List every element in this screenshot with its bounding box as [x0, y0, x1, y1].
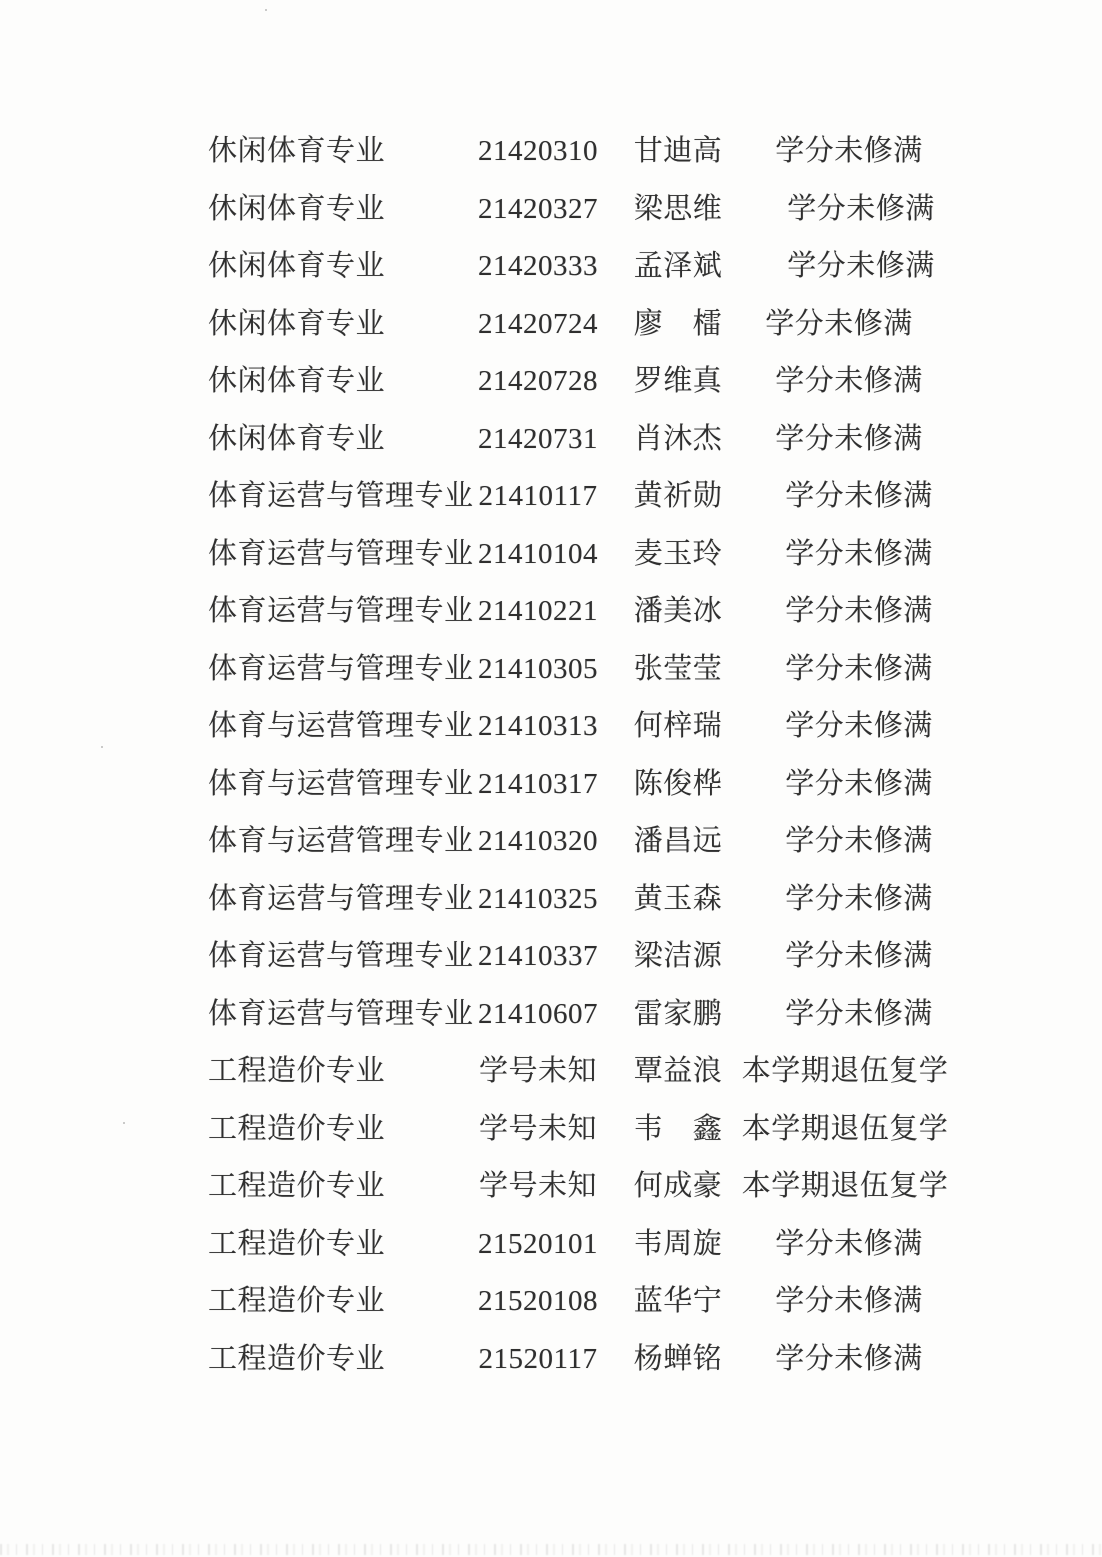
- status-cell: 学分未修满: [748, 597, 970, 626]
- student-row: 体育与运营管理专业 21410313 何梓瑞 学分未修满: [208, 698, 960, 756]
- status-cell: 本学期退伍复学: [734, 1115, 956, 1144]
- major-cell: 工程造价专业: [208, 1345, 458, 1374]
- student-id-cell: 21420724: [458, 310, 618, 339]
- document-page: 休闲体育专业 21420310 甘迪高 学分未修满 休闲体育专业 2142032…: [0, 0, 1102, 1557]
- student-row: 休闲体育专业 21420728 罗维真 学分未修满: [208, 353, 960, 411]
- student-id-cell: 21420310: [458, 137, 618, 166]
- student-row: 休闲体育专业 21420310 甘迪高 学分未修满: [208, 123, 960, 181]
- student-id-cell: 学号未知: [458, 1115, 618, 1144]
- major-cell: 工程造价专业: [208, 1287, 458, 1316]
- student-id-cell: 21420731: [458, 425, 618, 454]
- major-cell: 工程造价专业: [208, 1057, 458, 1086]
- student-id-cell: 21420333: [458, 252, 618, 281]
- name-cell: 潘美冰: [618, 597, 738, 626]
- student-row: 体育运营与管理专业 21410607 雷家鹏 学分未修满: [208, 986, 960, 1044]
- status-cell: 学分未修满: [748, 712, 970, 741]
- major-cell: 体育运营与管理专业: [208, 540, 458, 569]
- student-id-cell: 21420728: [458, 367, 618, 396]
- major-cell: 工程造价专业: [208, 1115, 458, 1144]
- status-cell: 学分未修满: [728, 310, 950, 339]
- major-cell: 体育与运营管理专业: [208, 770, 458, 799]
- major-cell: 休闲体育专业: [208, 425, 458, 454]
- status-cell: 学分未修满: [738, 367, 960, 396]
- name-cell: 罗维真: [618, 367, 738, 396]
- student-id-cell: 21410317: [458, 770, 618, 799]
- scan-speck: [123, 1122, 125, 1124]
- major-cell: 体育运营与管理专业: [208, 942, 458, 971]
- name-cell: 覃益浪: [618, 1057, 738, 1086]
- major-cell: 休闲体育专业: [208, 252, 458, 281]
- status-cell: 学分未修满: [750, 252, 972, 281]
- status-cell: 学分未修满: [748, 827, 970, 856]
- major-cell: 休闲体育专业: [208, 195, 458, 224]
- major-cell: 体育运营与管理专业: [208, 1000, 458, 1029]
- student-id-cell: 21410313: [458, 712, 618, 741]
- major-cell: 体育与运营管理专业: [208, 827, 458, 856]
- scan-speck: [225, 837, 228, 839]
- status-cell: 学分未修满: [748, 885, 970, 914]
- major-cell: 体育运营与管理专业: [208, 482, 458, 511]
- name-cell: 杨蝉铭: [618, 1345, 738, 1374]
- status-cell: 学分未修满: [750, 195, 972, 224]
- student-row: 体育运营与管理专业 21410325 黄玉森 学分未修满: [208, 871, 960, 929]
- student-row: 工程造价专业 学号未知 覃益浪 本学期退伍复学: [208, 1043, 960, 1101]
- student-row: 体育运营与管理专业 21410337 梁洁源 学分未修满: [208, 928, 960, 986]
- name-cell: 梁思维: [618, 195, 738, 224]
- student-id-cell: 21410305: [458, 655, 618, 684]
- student-row: 休闲体育专业 21420327 梁思维 学分未修满: [208, 181, 960, 239]
- student-id-cell: 21410221: [458, 597, 618, 626]
- status-cell: 学分未修满: [748, 942, 970, 971]
- major-cell: 体育运营与管理专业: [208, 655, 458, 684]
- name-cell: 何成豪: [618, 1172, 738, 1201]
- name-cell: 何梓瑞: [618, 712, 738, 741]
- name-cell: 陈俊桦: [618, 770, 738, 799]
- student-row: 体育运营与管理专业 21410221 潘美冰 学分未修满: [208, 583, 960, 641]
- status-cell: 本学期退伍复学: [734, 1057, 956, 1086]
- name-cell: 雷家鹏: [618, 1000, 738, 1029]
- major-cell: 休闲体育专业: [208, 137, 458, 166]
- name-cell: 韦周旋: [618, 1230, 738, 1259]
- name-cell: 韦 鑫: [618, 1115, 738, 1144]
- major-cell: 体育运营与管理专业: [208, 597, 458, 626]
- status-cell: 学分未修满: [738, 1230, 960, 1259]
- student-id-cell: 21520101: [458, 1230, 618, 1259]
- major-cell: 休闲体育专业: [208, 310, 458, 339]
- status-cell: 学分未修满: [748, 655, 970, 684]
- student-row: 体育运营与管理专业 21410104 麦玉玲 学分未修满: [208, 526, 960, 584]
- major-cell: 体育与运营管理专业: [208, 712, 458, 741]
- student-id-cell: 21410104: [458, 540, 618, 569]
- name-cell: 张莹莹: [618, 655, 738, 684]
- student-row: 工程造价专业 学号未知 韦 鑫 本学期退伍复学: [208, 1101, 960, 1159]
- status-cell: 学分未修满: [738, 425, 960, 454]
- name-cell: 廖 檑: [618, 310, 738, 339]
- student-row: 工程造价专业 21520108 蓝华宁 学分未修满: [208, 1273, 960, 1331]
- student-row: 体育与运营管理专业 21410317 陈俊桦 学分未修满: [208, 756, 960, 814]
- student-id-cell: 21410117: [458, 482, 618, 511]
- student-row: 工程造价专业 21520101 韦周旋 学分未修满: [208, 1216, 960, 1274]
- name-cell: 黄玉森: [618, 885, 738, 914]
- student-row: 休闲体育专业 21420731 肖沐杰 学分未修满: [208, 411, 960, 469]
- major-cell: 工程造价专业: [208, 1172, 458, 1201]
- status-cell: 本学期退伍复学: [734, 1172, 956, 1201]
- student-id-cell: 学号未知: [458, 1057, 618, 1086]
- status-cell: 学分未修满: [738, 137, 960, 166]
- student-id-cell: 21410607: [458, 1000, 618, 1029]
- status-cell: 学分未修满: [748, 1000, 970, 1029]
- name-cell: 肖沐杰: [618, 425, 738, 454]
- student-row: 工程造价专业 21520117 杨蝉铭 学分未修满: [208, 1331, 960, 1389]
- name-cell: 孟泽斌: [618, 252, 738, 281]
- student-row: 体育运营与管理专业 21410117 黄祈勋 学分未修满: [208, 468, 960, 526]
- student-id-cell: 21410325: [458, 885, 618, 914]
- major-cell: 工程造价专业: [208, 1230, 458, 1259]
- student-row: 体育运营与管理专业 21410305 张莹莹 学分未修满: [208, 641, 960, 699]
- scan-speck: [265, 9, 267, 11]
- student-id-cell: 21410337: [458, 942, 618, 971]
- major-cell: 体育运营与管理专业: [208, 885, 458, 914]
- status-cell: 学分未修满: [748, 770, 970, 799]
- name-cell: 梁洁源: [618, 942, 738, 971]
- student-id-cell: 学号未知: [458, 1172, 618, 1201]
- scan-noise-band: [0, 1544, 1102, 1555]
- name-cell: 甘迪高: [618, 137, 738, 166]
- status-cell: 学分未修满: [738, 1345, 960, 1374]
- status-cell: 学分未修满: [748, 482, 970, 511]
- name-cell: 潘昌远: [618, 827, 738, 856]
- status-cell: 学分未修满: [738, 1287, 960, 1316]
- student-row: 休闲体育专业 21420724 廖 檑 学分未修满: [208, 296, 960, 354]
- student-row: 体育与运营管理专业 21410320 潘昌远 学分未修满: [208, 813, 960, 871]
- name-cell: 麦玉玲: [618, 540, 738, 569]
- name-cell: 黄祈勋: [618, 482, 738, 511]
- name-cell: 蓝华宁: [618, 1287, 738, 1316]
- student-row: 工程造价专业 学号未知 何成豪 本学期退伍复学: [208, 1158, 960, 1216]
- student-id-cell: 21420327: [458, 195, 618, 224]
- student-id-cell: 21410320: [458, 827, 618, 856]
- status-cell: 学分未修满: [748, 540, 970, 569]
- student-row: 休闲体育专业 21420333 孟泽斌 学分未修满: [208, 238, 960, 296]
- student-id-cell: 21520108: [458, 1287, 618, 1316]
- major-cell: 休闲体育专业: [208, 367, 458, 396]
- student-list: 休闲体育专业 21420310 甘迪高 学分未修满 休闲体育专业 2142032…: [208, 123, 960, 1388]
- student-id-cell: 21520117: [458, 1345, 618, 1374]
- scan-speck: [101, 746, 103, 748]
